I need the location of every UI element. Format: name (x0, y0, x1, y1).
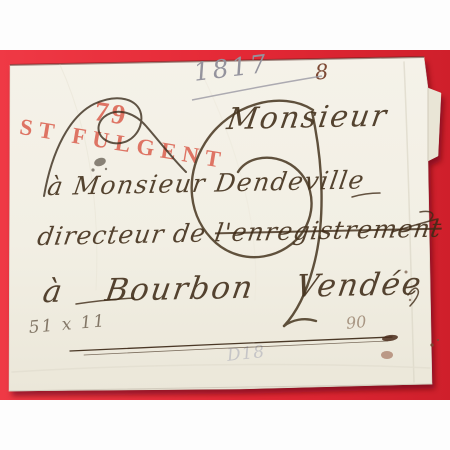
pencil-reference-annotation: D18 (226, 342, 266, 366)
address-line-3-office: l'enregistrement (213, 214, 444, 248)
pencil-price-annotation: 90 (345, 312, 367, 333)
address-line-1: Monsieur (225, 99, 391, 137)
address-line-3-title: directeur de (35, 218, 217, 251)
ink-rate-annotation: 8 (314, 60, 329, 85)
page: 79 ST FULGENT 1817 8 51 x 11 90 D18 Mons… (0, 0, 450, 450)
letter-photo: 79 ST FULGENT 1817 8 51 x 11 90 D18 Mons… (0, 50, 450, 400)
